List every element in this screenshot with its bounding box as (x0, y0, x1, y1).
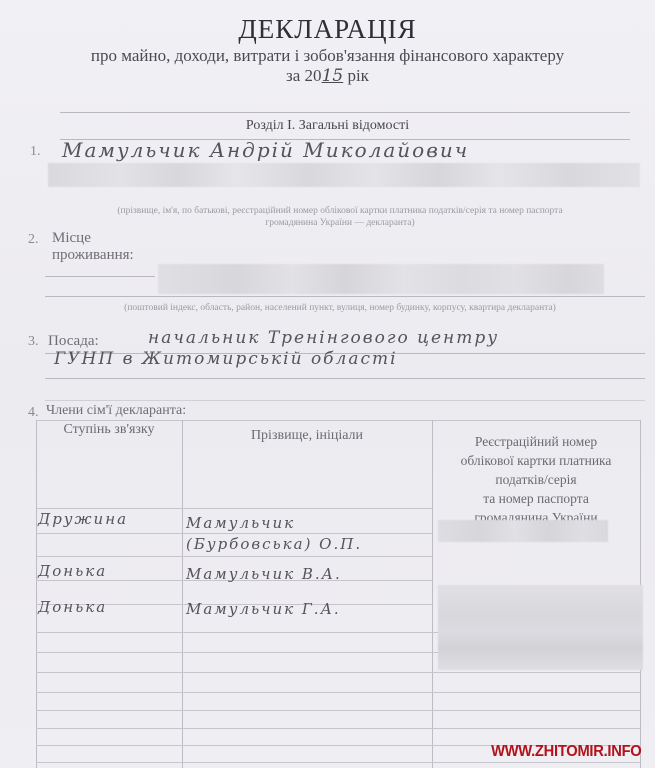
position-line1: начальник Тренінгового центру (148, 328, 499, 348)
table-border (182, 420, 183, 768)
row-line (36, 710, 640, 711)
header-line: та номер паспорта (432, 489, 640, 508)
year-prefix: за 20 (286, 66, 322, 85)
divider (60, 112, 630, 113)
field2-label-line1: Місце (52, 230, 91, 247)
field3-number: 3. (28, 334, 39, 350)
row-line (36, 762, 640, 763)
table-border (36, 420, 641, 421)
document-year: за 2015 рік (0, 66, 655, 86)
caption-line: (прізвище, ім'я, по батькові, реєстрацій… (40, 205, 640, 217)
name-cell-line2: (Бурбовська) О.П. (186, 535, 362, 553)
year-suffix: рік (343, 66, 369, 85)
col-header-registration: Реєстраційний номер облікової картки пла… (432, 432, 640, 527)
header-line: Реєстраційний номер (432, 432, 640, 451)
header-line: податків/серія (432, 470, 640, 489)
row-line (36, 508, 432, 509)
section-title: Розділ І. Загальні відомості (0, 118, 655, 134)
field4-label: Члени сім'ї декларанта: (46, 403, 186, 419)
row-line (36, 533, 432, 534)
divider (45, 296, 645, 297)
row-line (36, 556, 432, 557)
document-subtitle: про майно, доходи, витрати і зобов'язанн… (0, 46, 655, 66)
divider (45, 400, 645, 401)
header-line: облікової картки платника (432, 451, 640, 470)
caption-line: громадянина України — декларанта) (40, 217, 640, 229)
document-title: ДЕКЛАРАЦІЯ (0, 14, 655, 45)
divider (45, 378, 645, 379)
relation-cell: Донька (38, 598, 107, 616)
field4-number: 4. (28, 405, 39, 421)
col-header-name: Прізвище, ініціали (182, 428, 432, 444)
relation-cell: Донька (38, 562, 107, 580)
declarant-name: Мамульчик Андрій Миколайович (62, 138, 469, 162)
declaration-page: ДЕКЛАРАЦІЯ про майно, доходи, витрати і … (0, 0, 655, 768)
field1-number: 1. (30, 144, 41, 160)
row-line (36, 672, 640, 673)
relation-cell: Дружина (38, 510, 128, 528)
name-cell: Мамульчик Г.А. (186, 600, 341, 618)
col-header-relation: Ступінь зв'язку (36, 422, 182, 438)
field2-label-line2: проживання: (52, 247, 134, 264)
field1-caption: (прізвище, ім'я, по батькові, реєстрацій… (40, 205, 640, 229)
field2-caption: (поштовий індекс, область, район, населе… (40, 302, 640, 314)
table-border (36, 420, 37, 768)
site-watermark: WWW.ZHITOMIR.INFO (491, 743, 641, 761)
year-handwritten: 15 (322, 66, 344, 86)
field3-label: Посада: (48, 333, 99, 350)
redacted-address (158, 264, 604, 294)
row-line (36, 692, 640, 693)
field2-number: 2. (28, 232, 39, 248)
row-line (36, 728, 640, 729)
redacted-id-1 (438, 520, 608, 542)
redacted-taxpayer-id (48, 163, 640, 187)
name-cell: Мамульчик (186, 514, 295, 532)
position-line2: ГУНП в Житомирській області (54, 349, 398, 369)
redacted-id-2 (438, 585, 643, 670)
divider (45, 276, 155, 277)
name-cell: Мамульчик В.А. (186, 565, 342, 583)
